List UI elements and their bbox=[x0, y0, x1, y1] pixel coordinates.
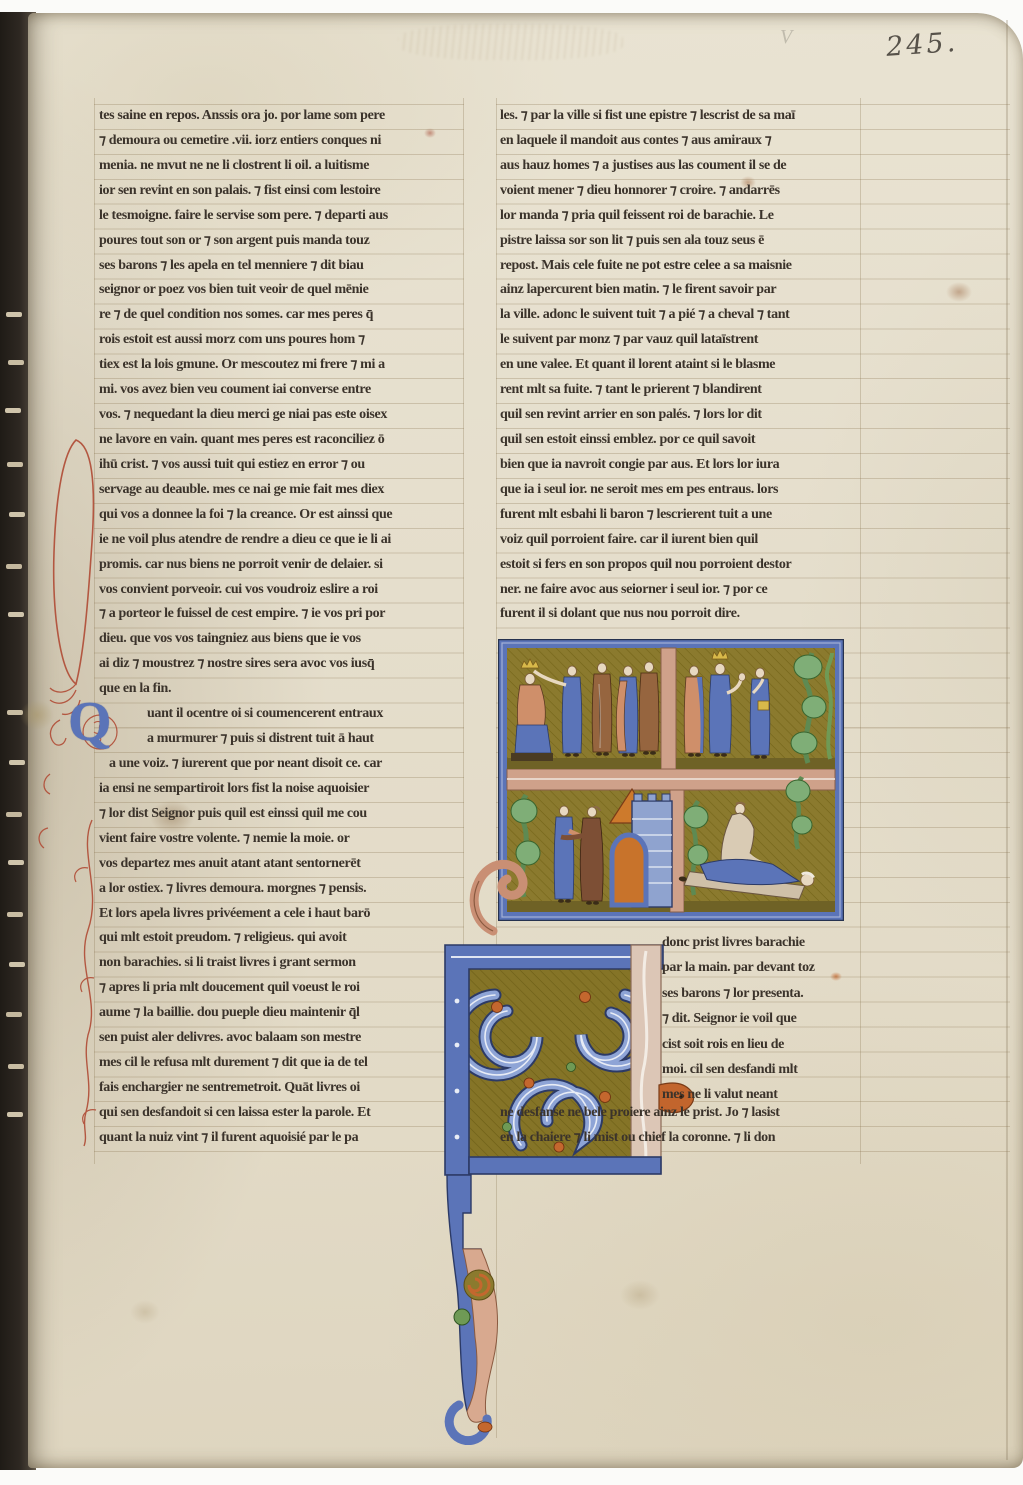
manuscript-line: donc prist livres barachie bbox=[662, 930, 858, 955]
manuscript-line: ne lavore en vain. quant mes peres est r… bbox=[99, 428, 465, 453]
manuscript-line: vos departez mes anuit atant atant sento… bbox=[99, 852, 465, 877]
manuscript-line: qui mlt estoit preudom. ⁊ religieus. qui… bbox=[99, 926, 465, 951]
manuscript-line: le suivent par monz ⁊ par vauz quil lata… bbox=[500, 328, 860, 353]
manuscript-line: par la main. par devant toz bbox=[662, 955, 858, 980]
manuscript-line: qui vos a donnee la foi ⁊ la creance. Or… bbox=[99, 503, 465, 528]
manuscript-line: ai diz ⁊ moustrez ⁊ nostre sires sera av… bbox=[99, 652, 465, 677]
manuscript-line: Et lors apela livres privéement a cele i… bbox=[99, 902, 465, 927]
manuscript-line: non barachies. si li traist livres i gra… bbox=[99, 951, 465, 976]
manuscript-line: voient mener ⁊ dieu honnorer ⁊ croire. ⁊… bbox=[500, 179, 860, 204]
manuscript-line: ie ne voil plus atendre de rendre a dieu… bbox=[99, 528, 465, 553]
manuscript-line: promis. car nus biens ne porroit venir d… bbox=[99, 553, 465, 578]
manuscript-line: quant la nuiz vint ⁊ il furent aquoisié … bbox=[99, 1126, 465, 1151]
manuscript-line: servage au deauble. mes ce nai ge mie fa… bbox=[99, 478, 465, 503]
manuscript-line: furent mlt esbahi li baron ⁊ lescrierent… bbox=[500, 503, 860, 528]
manuscript-line: aume ⁊ la baillie. dou pueple dieu maint… bbox=[99, 1001, 465, 1026]
manuscript-line: vos convient porveoir. cui vos voudroiz … bbox=[99, 578, 465, 603]
manuscript-line: ses barons ⁊ les apela en tel menniere ⁊… bbox=[99, 254, 465, 279]
manuscript-line: uant il ocentre oi si coumencerent entra… bbox=[99, 702, 465, 727]
manuscript-line: rois estoit est aussi morz com uns poure… bbox=[99, 328, 465, 353]
manuscript-line: furent il si dolant que nus nou porroit … bbox=[500, 602, 860, 627]
manuscript-line: le tesmoigne. faire le servise som pere.… bbox=[99, 204, 465, 229]
manuscript-line: mes cil le refusa mlt durement ⁊ dit que… bbox=[99, 1051, 465, 1076]
manuscript-line: ses barons ⁊ lor presenta. bbox=[662, 981, 858, 1006]
manuscript-line: lor manda ⁊ pria quil feissent roi de ba… bbox=[500, 204, 860, 229]
manuscript-line: fais enchargier ne sentremetroit. Quāt l… bbox=[99, 1076, 465, 1101]
manuscript-line: vos. ⁊ nequedant la dieu merci ge niai p… bbox=[99, 403, 465, 428]
text-column-left: tes saine en repos. Anssis ora jo. por l… bbox=[99, 104, 465, 1151]
manuscript-line: pistre laissa sor son lit ⁊ puis sen ala… bbox=[500, 229, 860, 254]
manuscript-line: quil sen revint arrier en son palés. ⁊ l… bbox=[500, 403, 860, 428]
manuscript-line: ainz lapercurent bien matin. ⁊ le firent… bbox=[500, 278, 860, 303]
manuscript-line: les. ⁊ par la ville si fist une epistre … bbox=[500, 104, 860, 129]
manuscript-line: poures tout son or ⁊ son argent puis man… bbox=[99, 229, 465, 254]
ruling-vertical bbox=[860, 98, 861, 1164]
manuscript-line: re ⁊ de quel condition nos somes. car me… bbox=[99, 303, 465, 328]
manuscript-line: dieu. que vos vos taingniez aus biens qu… bbox=[99, 627, 465, 652]
manuscript-line: ⁊ a porteor le fuissel de cest empire. ⁊… bbox=[99, 602, 465, 627]
manuscript-line: rent mlt sa fuite. ⁊ tant le prierent ⁊ … bbox=[500, 378, 860, 403]
facing-page-text-fragments bbox=[6, 312, 22, 317]
manuscript-line: qui sen desfandoit si cen laissa ester l… bbox=[99, 1101, 465, 1126]
text-column-right-upper: les. ⁊ par la ville si fist une epistre … bbox=[500, 104, 860, 627]
manuscript-line: ⁊ demoura ou cemetire .vii. iorz entiers… bbox=[99, 129, 465, 154]
manuscript-line: tiex est la lois gmune. Or mescoutez mi … bbox=[99, 353, 465, 378]
manuscript-line: vient faire vostre volente. ⁊ nemie la m… bbox=[99, 827, 465, 852]
erased-inscription bbox=[398, 24, 623, 60]
manuscript-line: seignor or poez vos bien tuit veoir de q… bbox=[99, 278, 465, 303]
manuscript-line: que en la fin. bbox=[99, 677, 465, 702]
manuscript-line: ⁊ lor dist Seignor puis quil est einssi … bbox=[99, 802, 465, 827]
manuscript-line: a une voiz. ⁊ iurerent que por neant dis… bbox=[99, 752, 465, 777]
manuscript-line: la ville. adonc le suivent tuit ⁊ a pié … bbox=[500, 303, 860, 328]
manuscript-line: que ia i seul ior. ne seroit mes em pes … bbox=[500, 478, 860, 503]
manuscript-line: ne desfanse ne bele proiere ainz le pris… bbox=[500, 1100, 860, 1125]
manuscript-line: cist soit rois en lieu de bbox=[662, 1032, 858, 1057]
manuscript-line: aus hauz homes ⁊ a justises aus las coum… bbox=[500, 154, 860, 179]
manuscript-line: quil sen estoit einssi emblez. por ce qu… bbox=[500, 428, 860, 453]
manuscript-line: voiz quil porroient faire. car il iurent… bbox=[500, 528, 860, 553]
manuscript-line: tes saine en repos. Anssis ora jo. por l… bbox=[99, 104, 465, 129]
manuscript-line: repost. Mais cele fuite ne pot estre cel… bbox=[500, 254, 860, 279]
manuscript-line: ner. ne faire avoc aus seiorner i seul i… bbox=[500, 578, 860, 603]
manuscript-line: sen puist aler delivres. avoc balaam son… bbox=[99, 1026, 465, 1051]
manuscript-line: estoit si fers en son propos quil nou po… bbox=[500, 553, 860, 578]
manuscript-line: ior sen revint en son palais. ⁊ fist ein… bbox=[99, 179, 465, 204]
manuscript-line: a murmurer ⁊ puis si distrent tuit ā hau… bbox=[99, 727, 465, 752]
manuscript-line: en une valee. Et quant il lorent ataint … bbox=[500, 353, 860, 378]
manuscript-line: en laquele il mandoit aus contes ⁊ aus a… bbox=[500, 129, 860, 154]
manuscript-line: mi. vos avez bien veu coument iai conver… bbox=[99, 378, 465, 403]
manuscript-line: menia. ne mvut ne ne li clostrent li oil… bbox=[99, 154, 465, 179]
manuscript-line: ⁊ apres li pria mlt doucement quil voeus… bbox=[99, 976, 465, 1001]
manuscript-photo: 245. V Q bbox=[0, 0, 1023, 1485]
manuscript-line: a lor ostiex. ⁊ livres demoura. morgnes … bbox=[99, 877, 465, 902]
text-column-right-lower: ne desfanse ne bele proiere ainz le pris… bbox=[500, 1100, 860, 1151]
text-column-right-beside-initial: donc prist livres barachiepar la main. p… bbox=[662, 930, 858, 1108]
manuscript-line: moi. cil sen desfandi mlt bbox=[662, 1057, 858, 1082]
manuscript-line: en la chaiere ⁊ li mist ou chief la coro… bbox=[500, 1125, 860, 1150]
quire-mark: V bbox=[780, 26, 792, 49]
manuscript-line: ⁊ dit. Seignor ie voil que bbox=[662, 1006, 858, 1031]
manuscript-line: bien que ia navroit congie par aus. Et l… bbox=[500, 453, 860, 478]
manuscript-line: ihū crist. ⁊ vos aussi tuit qui estiez e… bbox=[99, 453, 465, 478]
manuscript-line: ia ensi ne sempartiroit lors fist la noi… bbox=[99, 777, 465, 802]
